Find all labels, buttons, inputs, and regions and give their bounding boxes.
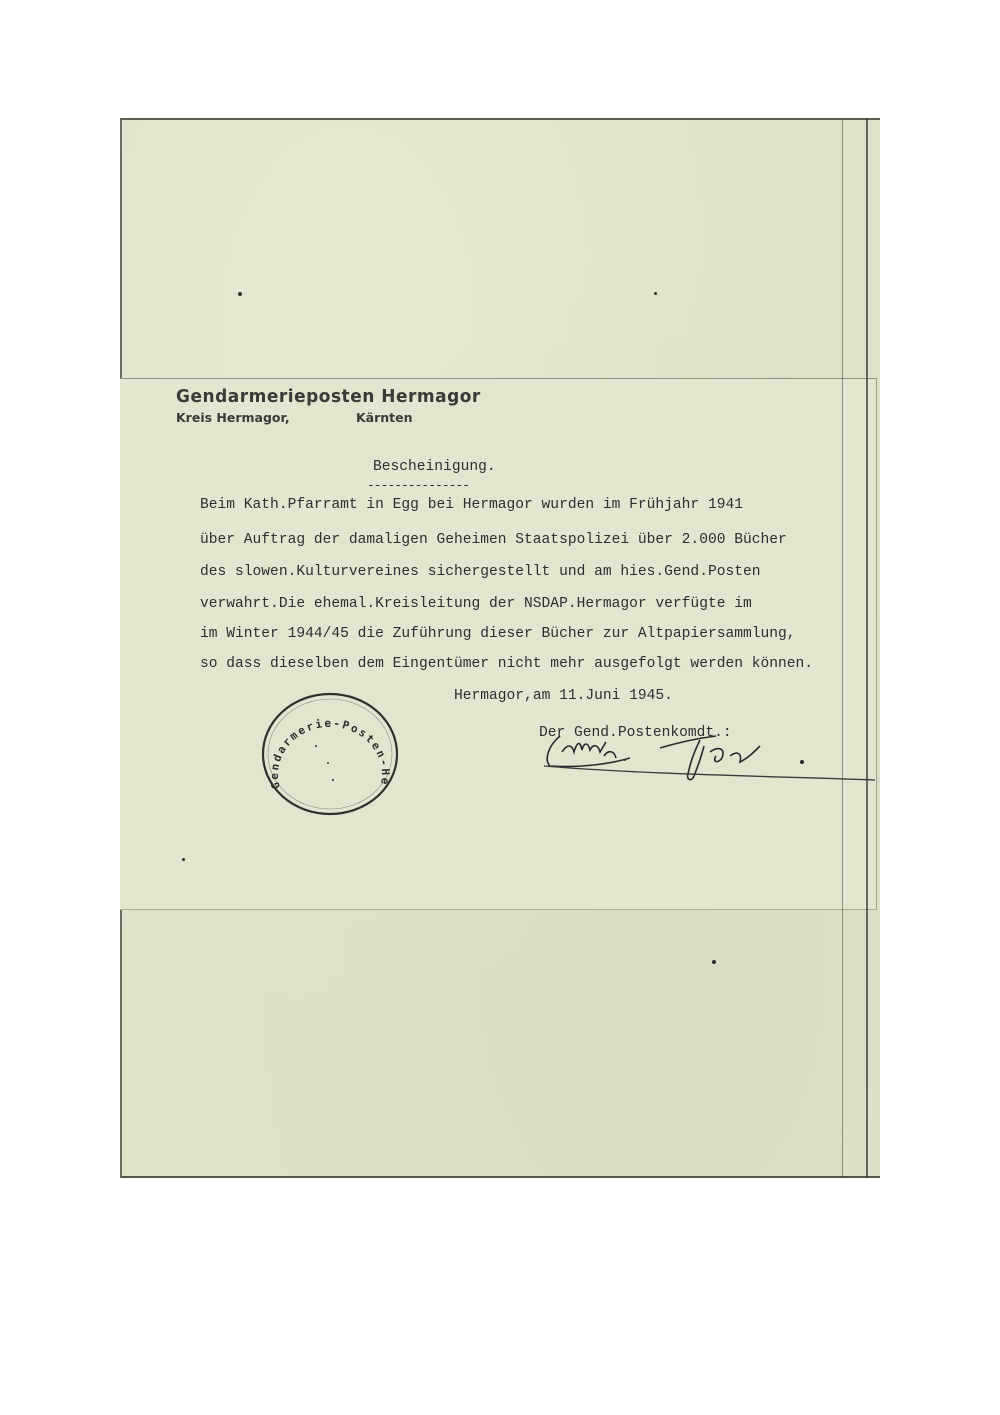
letterhead: Gendarmerieposten Hermagor Kreis Hermago… — [176, 387, 481, 425]
title-underline: --------------- — [367, 478, 469, 493]
letterhead-state: Kärnten — [356, 410, 413, 425]
handwritten-signature — [540, 728, 880, 788]
fold-line — [842, 118, 843, 1178]
body-line: im Winter 1944/45 die Zuführung dieser B… — [200, 626, 796, 642]
document-strip — [120, 378, 877, 910]
letterhead-office: Gendarmerieposten Hermagor — [176, 387, 481, 408]
body-line: verwahrt.Die ehemal.Kreisleitung der NSD… — [200, 596, 752, 612]
svg-text:Gendarmerie-Posten-Hermagor: Gendarmerie-Posten-Hermagor — [258, 688, 392, 790]
document-title: Bescheinigung. — [373, 459, 496, 475]
place-date: Hermagor,am 11.Juni 1945. — [454, 688, 673, 704]
fold-line — [866, 118, 868, 1178]
ink-speck — [654, 292, 657, 295]
ink-speck — [238, 292, 242, 296]
official-stamp: Gendarmerie-Posten-Hermagor — [258, 688, 403, 818]
body-line: Beim Kath.Pfarramt in Egg bei Hermagor w… — [200, 497, 743, 513]
stamp-text: Gendarmerie-Posten-Hermagor — [258, 688, 392, 790]
body-line: über Auftrag der damaligen Geheimen Staa… — [200, 532, 787, 548]
body-line: so dass dieselben dem Eingentümer nicht … — [200, 656, 813, 672]
ink-speck — [182, 858, 185, 861]
body-line: des slowen.Kulturvereines sichergestellt… — [200, 564, 761, 580]
ink-speck — [712, 960, 716, 964]
letterhead-county: Kreis Hermagor, — [176, 410, 356, 425]
